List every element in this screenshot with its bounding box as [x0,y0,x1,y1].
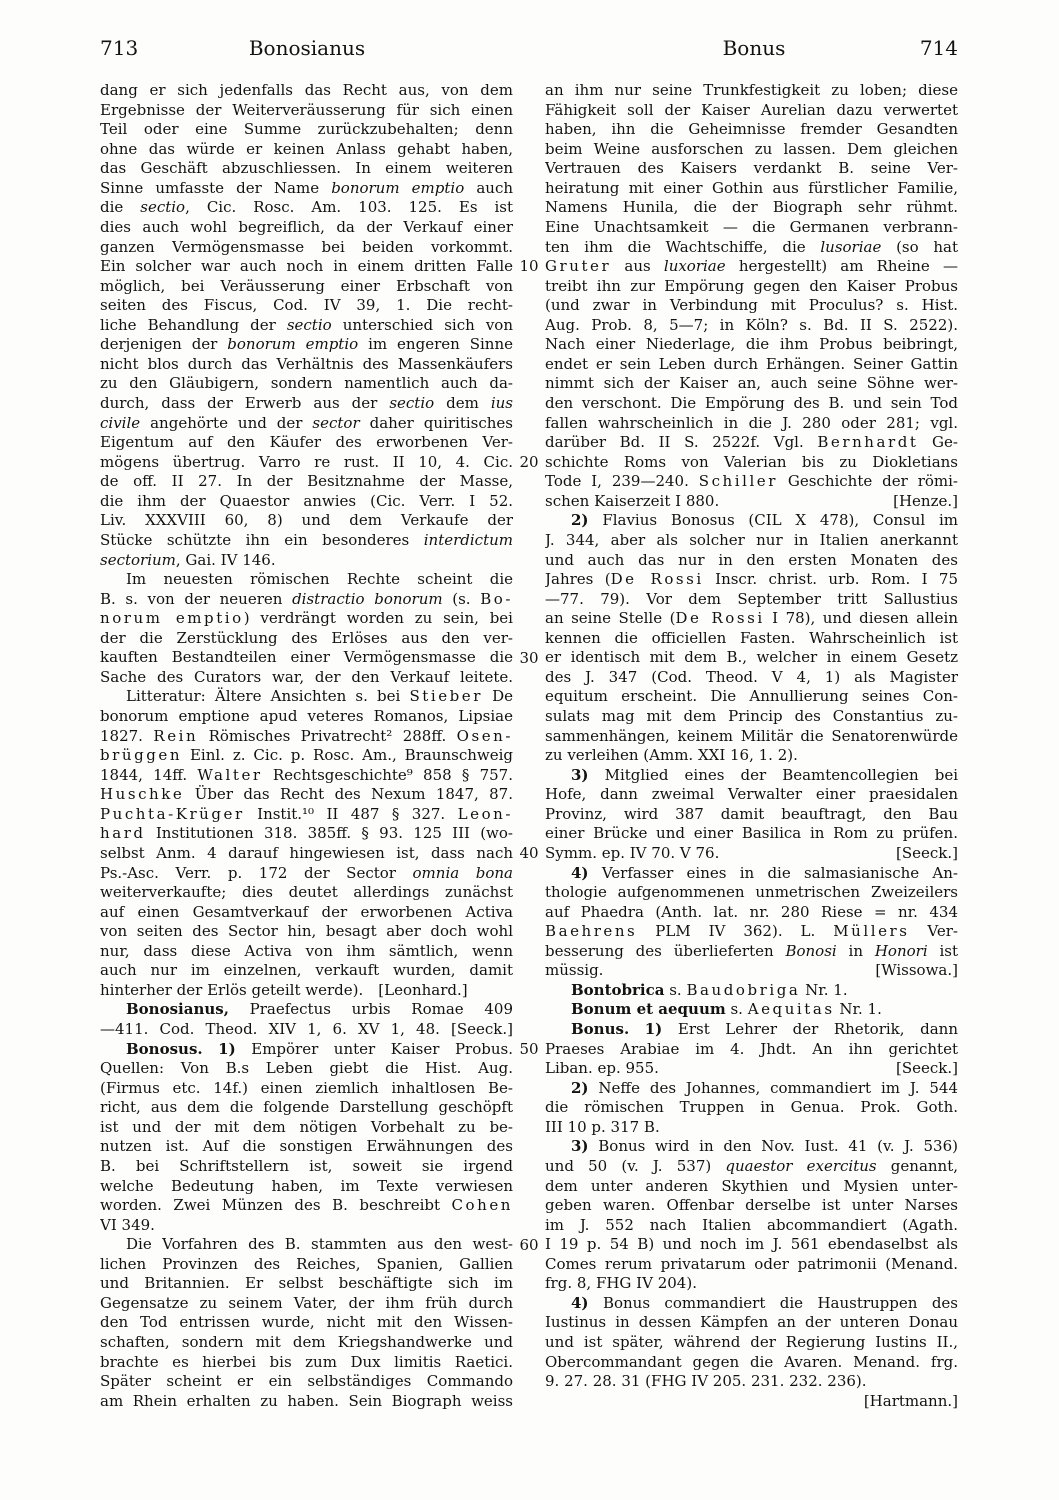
text-line: Baehrens PLM IV 362). L. Müllers Ver- [545,922,958,942]
text-line: darüber Bd. II S. 2522f. Vgl. Bernhardt … [545,433,958,453]
text-line: hard Institutionen 318. 385ff. § 93. 125… [100,824,513,844]
text-line: einer Brücke und einer Basilica in Rom z… [545,824,958,844]
text-line: 4) Bonus commandiert die Haustruppen des [545,1294,958,1314]
text-line: Sinne umfasste der Name bonorum emptio a… [100,179,513,199]
text-line: ten ihm die Wachtschiffe, die lusoriae (… [545,238,958,258]
text-line: Gegensatze zu seinem Vater, der ihm früh… [100,1294,513,1314]
text-line: dem unter anderen Skythien und Mysien un… [545,1177,958,1197]
text-line: zu den Gläubigern, sondern namentlich au… [100,374,513,394]
text-line: mögens übertrug. Varro re rust. II 10, 4… [100,453,513,473]
text-line: 3) Bonus wird in den Nov. Iust. 41 (v. J… [545,1137,958,1157]
text-line: welche Bedeutung haben, im Texte verwies… [100,1177,513,1197]
text-line: Nach einer Niederlage, die ihm Probus be… [545,335,958,355]
text-line: brachte es hierbei bis zum Dux limitis R… [100,1353,513,1373]
text-line: besserung des überlieferten Bonosi in Ho… [545,942,958,962]
text-line: Eine Unachtsamkeit — die Germanen verbra… [545,218,958,238]
right-text-column: an ihm nur seine Trunkfestigkeit zu lobe… [545,81,958,1411]
text-line: bonorum emptione apud veteres Romanos, L… [100,707,513,727]
text-line: VI 349. [100,1216,513,1236]
text-line: den verschont. Die Empörung des B. und s… [545,394,958,414]
text-line: durch, dass der Erwerb aus der sectio de… [100,394,513,414]
text-line: fallen wahrscheinlich in die J. 280 oder… [545,414,958,434]
right-column-title: Bonus [547,36,961,60]
text-line: nicht blos durch das Verhältnis des Mass… [100,355,513,375]
text-line: im J. 552 nach Italien abcommandiert (Ag… [545,1216,958,1236]
text-line: Tode I, 239—240. Schiller Geschichte der… [545,472,958,492]
text-line: 3) Mitglied eines der Beamtencollegien b… [545,766,958,786]
gutter-line-number: 30 [513,649,545,669]
text-line: von seiten des Sector hin, besagt aber d… [100,922,513,942]
text-line: norum emptio) verdrängt worden zu sein, … [100,609,513,629]
text-line: Liv. XXXVIII 60, 8) und dem Verkaufe der [100,511,513,531]
text-line: Stücke schützte ihn ein besonderes inter… [100,531,513,551]
text-line: Iustinus in dessen Kämpfen an der untere… [545,1313,958,1333]
text-line: lichen Provinzen des Reiches, Spanien, G… [100,1255,513,1275]
text-line: ohne das würde er keinen Anlass gehabt h… [100,140,513,160]
text-line: Gruter aus luxoriae hergestellt) am Rhei… [545,257,958,277]
left-column-title: Bonosianus [100,36,514,60]
text-line: Liban. ep. 955.[Seeck.] [545,1059,958,1079]
text-line: schen Kaiserzeit I 880.[Henze.] [545,492,958,512]
page-header: 713 Bonosianus Bonus 714 [100,36,960,66]
gutter-line-number: 20 [513,453,545,473]
text-line: Puchta-Krüger Instit.¹⁰ II 487 § 327. Le… [100,805,513,825]
text-line: des J. 347 (Cod. Theod. V 4, 1) als Magi… [545,668,958,688]
text-line: Obercommandant gegen die Avaren. Menand.… [545,1353,958,1373]
text-line: Vertrauen des Kaisers verdankt B. seine … [545,159,958,179]
text-line: derjenigen der bonorum emptio im engeren… [100,335,513,355]
gutter-line-number: 50 [513,1040,545,1060]
text-line: Ergebnisse der Weiterveräusserung für si… [100,101,513,121]
text-line: und 50 (v. J. 537) quaestor exercitus ge… [545,1157,958,1177]
left-text-column: dang er sich jedenfalls das Recht aus, v… [100,81,513,1411]
text-line: Die Vorfahren des B. stammten aus den we… [100,1235,513,1255]
text-line: heiratung mit einer Gothin aus fürstlich… [545,179,958,199]
text-line: Im neuesten römischen Rechte scheint die [100,570,513,590]
text-line: Symm. ep. IV 70. V 76.[Seeck.] [545,844,958,864]
text-line: [Hartmann.] [545,1392,958,1412]
text-line: müssig.[Wissowa.] [545,961,958,981]
text-line: 2) Flavius Bonosus (CIL X 478), Consul i… [545,511,958,531]
text-line: möglich, bei Veräusserung einer Erbschaf… [100,277,513,297]
text-line: —77. 79). Vor dem September tritt Sallus… [545,590,958,610]
text-line: nimmt sich der Kaiser an, auch seine Söh… [545,374,958,394]
text-line: Quellen: Von B.s Leben giebt die Hist. A… [100,1059,513,1079]
text-line: Ein solcher war auch noch in einem dritt… [100,257,513,277]
text-line: thologie aufgenommenen unmetrischen Zwei… [545,883,958,903]
text-line: schaften, sondern mit dem Kriegshandwerk… [100,1333,513,1353]
text-line: treibt ihn zur Empörung gegen den Kaiser… [545,277,958,297]
text-line: ist und der mit dem nötigen Vorbehalt zu… [100,1118,513,1138]
text-line: Bonosus. 1) Empörer unter Kaiser Probus. [100,1040,513,1060]
text-line: III 10 p. 317 B. [545,1118,958,1138]
text-line: weiterverkaufte; dies deutet allerdings … [100,883,513,903]
right-page-number: 714 [920,36,958,60]
text-line: Ps.-Asc. Verr. p. 172 der Sector omnia b… [100,864,513,884]
text-line: er identisch mit dem B., welcher in eine… [545,648,958,668]
text-line: den Tod entrissen wurde, nicht mit den W… [100,1313,513,1333]
text-line: geben waren. Offenbar derselbe ist unter… [545,1196,958,1216]
gutter-line-number: 60 [513,1236,545,1256]
text-line: Comes rerum privatarum oder patrimonii (… [545,1255,958,1275]
text-line: Hofe, dann zweimal Verwalter einer praes… [545,785,958,805]
text-line: Provinz, wird 387 damit beauftragt, den … [545,805,958,825]
text-line: —411. Cod. Theod. XIV 1, 6. XV 1, 48. [S… [100,1020,513,1040]
text-line: dang er sich jedenfalls das Recht aus, v… [100,81,513,101]
text-line: Bonosianus, Praefectus urbis Romae 409 [100,1000,513,1020]
text-line: der die Zerstücklung des Erlöses aus den… [100,629,513,649]
text-line: das Geschäft abzuschliessen. In einem we… [100,159,513,179]
line-number-gutter: 102030405060 [513,81,545,1411]
text-line: ganzen Vermögensmasse bei beiden vorkomm… [100,238,513,258]
text-line: seiten des Fiscus, Cod. IV 39, 1. Die re… [100,296,513,316]
text-line: 9. 27. 28. 31 (FHG IV 205. 231. 232. 236… [545,1372,958,1392]
text-line: zu verleihen (Amm. XXI 16, 1. 2). [545,746,958,766]
text-line: (und zwar in Verbindung mit Proculus? s.… [545,296,958,316]
text-line: sulats mag mit dem Princip des Constanti… [545,707,958,727]
text-line: nutzen ist. Auf die sonstigen Erwähnunge… [100,1137,513,1157]
text-line: 1827. Rein Römisches Privatrecht² 288ff.… [100,727,513,747]
text-line: Praeses Arabiae im 4. Jhdt. An ihn geric… [545,1040,958,1060]
text-line: sectorium, Gai. IV 146. [100,551,513,571]
text-line: an seine Stelle (De Rossi I 78), und die… [545,609,958,629]
dictionary-page: 713 Bonosianus Bonus 714 dang er sich je… [0,0,1059,1500]
text-line: schichte Roms von Valerian bis zu Diokle… [545,453,958,473]
text-line: Bonum et aequum s. Aequitas Nr. 1. [545,1000,958,1020]
text-line: I 19 p. 54 B) und noch im J. 561 ebendas… [545,1235,958,1255]
text-line: sammenhängen, keinem Militär die Senator… [545,727,958,747]
text-line: die römischen Truppen in Genua. Prok. Go… [545,1098,958,1118]
text-line: civile angehörte und der sector daher qu… [100,414,513,434]
text-line: haben, ihn die Geheimnisse fremder Gesan… [545,120,958,140]
text-line: kennen die officiellen Fasten. Wahrschei… [545,629,958,649]
text-line: Huschke Über das Recht des Nexum 1847, 8… [100,785,513,805]
text-line: richt, aus dem die folgende Darstellung … [100,1098,513,1118]
text-line: Aug. Prob. 8, 5—7; in Köln? s. Bd. II S.… [545,316,958,336]
text-line: B. s. von der neueren distractio bonorum… [100,590,513,610]
text-line: am Rhein erhalten zu haben. Sein Biograp… [100,1392,513,1412]
gutter-line-number: 10 [513,257,545,277]
text-body: dang er sich jedenfalls das Recht aus, v… [100,81,958,1411]
text-line: endet er sein Leben durch Erhängen. Sein… [545,355,958,375]
text-line: worden. Zwei Münzen des B. beschreibt Co… [100,1196,513,1216]
text-line: Eigentum auf den Käufer des erworbenen V… [100,433,513,453]
text-line: brüggen Einl. z. Cic. p. Rosc. Am., Brau… [100,746,513,766]
text-line: dies auch wohl begreiflich, da der Verka… [100,218,513,238]
text-line: (Firmus etc. 14f.) einen ziemlich inhalt… [100,1079,513,1099]
text-line: beim Weine ausforschen zu lassen. Dem gl… [545,140,958,160]
text-line: liche Behandlung der sectio unterschied … [100,316,513,336]
text-line: kauften Bestandteilen einer Vermögensmas… [100,648,513,668]
text-line: equitum erscheint. Die Annullierung sein… [545,687,958,707]
text-line: und Britannien. Er selbst beschäftigte s… [100,1274,513,1294]
text-line: 1844, 14ff. Walter Rechtsgeschichte⁹ 858… [100,766,513,786]
text-line: B. bei Schriftstellern ist, soweit sie i… [100,1157,513,1177]
text-line: Fähigkeit soll der Kaiser Aurelian dazu … [545,101,958,121]
text-line: an ihm nur seine Trunkfestigkeit zu lobe… [545,81,958,101]
text-line: Teil oder eine Summe zurückzubehalten; d… [100,120,513,140]
text-line: de off. II 27. In der Besitznahme der Ma… [100,472,513,492]
text-line: Bonus. 1) Erst Lehrer der Rhetorik, dann [545,1020,958,1040]
text-line: 4) Verfasser eines in die salmasianische… [545,864,958,884]
text-line: auch nur im einzelnen, verkauft wurden, … [100,961,513,981]
text-line: Jahres (De Rossi Inscr. christ. urb. Rom… [545,570,958,590]
text-line: J. 344, aber als solcher nur in Italien … [545,531,958,551]
text-line: und auch das nur in den ersten Monaten d… [545,551,958,571]
text-line: hinterher der Erlös geteilt werde). [Leo… [100,981,513,1001]
gutter-line-number: 40 [513,844,545,864]
text-line: Litteratur: Ältere Ansichten s. bei Stie… [100,687,513,707]
text-line: auf Phaedra (Anth. lat. nr. 280 Riese = … [545,903,958,923]
text-line: und ist später, während der Regierung Iu… [545,1333,958,1353]
text-line: nur, dass diese Activa von ihm sämtlich,… [100,942,513,962]
text-line: Bontobrica s. Baudobriga Nr. 1. [545,981,958,1001]
text-line: die sectio, Cic. Rosc. Am. 103. 125. Es … [100,198,513,218]
text-line: auf einen Gesamtverkauf der erworbenen A… [100,903,513,923]
text-line: selbst Anm. 4 darauf hingewiesen ist, da… [100,844,513,864]
text-line: Später scheint er ein selbständiges Comm… [100,1372,513,1392]
text-line: 2) Neffe des Johannes, commandiert im J.… [545,1079,958,1099]
text-line: Sache des Curators war, der den Verkauf … [100,668,513,688]
text-line: die ihm der Quaestor anwies (Cic. Verr. … [100,492,513,512]
text-line: Namens Hunila, die der Biograph sehr rüh… [545,198,958,218]
text-line: frg. 8, FHG IV 204). [545,1274,958,1294]
